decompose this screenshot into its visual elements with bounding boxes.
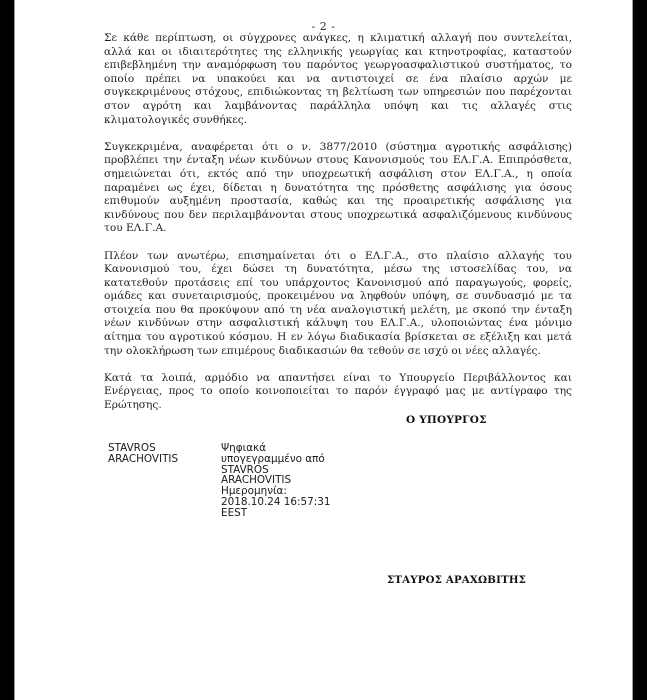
- paragraph-ministry-referral: Κατά τα λοιπά, αρμόδιο να απαντήσει είνα…: [104, 372, 572, 413]
- document-page: - 2 - Σε κάθε περίπτωση, οι σύγχρονες αν…: [14, 0, 633, 700]
- digital-signature-signer: STAVROS ARACHOVITIS: [108, 443, 178, 465]
- paragraph-law-3877: Συγκεκριμένα, αναφέρεται ότι ο ν. 3877/2…: [104, 141, 572, 236]
- paragraph-elga-regulation: Πλέον των ανωτέρω, επισημαίνεται ότι ο Ε…: [104, 250, 572, 359]
- digital-signature-details: Ψηφιακά υπογεγραμμένο από STAVROS ARACHO…: [221, 443, 330, 519]
- document-body: Σε κάθε περίπτωση, οι σύγχρονες ανάγκες,…: [104, 32, 572, 426]
- signature-timezone: EEST: [221, 508, 330, 519]
- signatory-name: ΣΤΑΥΡΟΣ ΑΡΑΧΩΒΙΤΗΣ: [387, 574, 526, 586]
- paragraph-climate-reform: Σε κάθε περίπτωση, οι σύγχρονες ανάγκες,…: [104, 32, 572, 127]
- minister-title: Ο ΥΠΟΥΡΓΟΣ: [406, 414, 487, 426]
- signature-detail-line: υπογεγραμμένο από: [221, 454, 330, 465]
